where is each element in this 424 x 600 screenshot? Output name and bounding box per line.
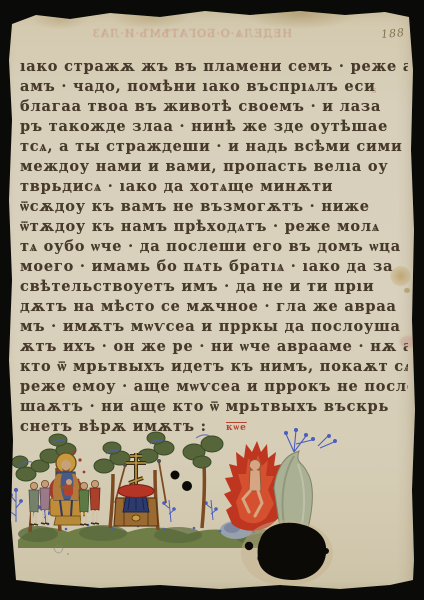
abraham-with-lazarus-enthroned [49, 453, 86, 525]
stain [414, 256, 424, 270]
text-line: ıако стражѫ жъ въ пламени семъ · реже ав… [20, 57, 408, 77]
text-line: дѫтъ на мѣсто се мѫчное · гла же авраа [20, 297, 408, 317]
manuscript-page: НЕДЕЛѦ·О·БОГАТѢМЪ·И·ЛАЗАРИ 188 ѕ ıако ст… [0, 0, 424, 600]
rock [274, 429, 336, 529]
text-line: шаѫтъ · ни аще кто ѿ мрьтвыхъ въскрь [20, 397, 408, 417]
text-line: амъ · чадо, помѣни ıако въспрıѧлъ еси [20, 77, 408, 97]
text-line: тврьдисѧ · ıако да хотѧще минѫти [20, 177, 408, 197]
ink-blot [241, 520, 333, 586]
text-line: реже емоу · аще мѡѵсеа и пррокъ не посло… [20, 377, 408, 397]
text-block: ıако стражѫ жъ въ пламени семъ · реже ав… [20, 57, 408, 437]
folio-number: 188 [380, 26, 405, 41]
text-line: мъ · имѫтъ мѡѵсеа и прркы да послоуша [20, 317, 408, 337]
text-line: ръ такожде злаа · нинѣ же зде оутѣшае [20, 117, 408, 137]
stain [390, 266, 411, 286]
manuscript-photo: НЕДЕЛѦ·О·БОГАТѢМЪ·И·ЛАЗАРИ 188 ѕ ıако ст… [0, 0, 424, 600]
text-line: кто ѿ мрьтвыхъ идетъ къ нимъ, покаѫт сѧ [20, 357, 408, 377]
text-line: тѧ оубо ѡче · да послеши его въ домъ ѡца [20, 237, 408, 257]
text-line: ѫтъ ихъ · он же ре · ни ѡче аврааме · нѫ… [20, 337, 408, 357]
text-line: ѿтѫдоу къ намъ прѣходѧтъ · реже молѧ [20, 217, 408, 237]
miniature-illustration [8, 428, 408, 588]
text-line: моего · имамь бо пѧть братıѧ · ıако да з… [20, 257, 408, 277]
stain [400, 336, 416, 348]
text-line: благаа твоа въ животѣ своемъ · и лаза [20, 97, 408, 117]
stain [404, 288, 410, 293]
text-line: ѿсѫдоу къ вамъ не възмогѫтъ · ниже [20, 197, 408, 217]
text-line: тсѧ, а ты страждеши · и надь всѣми сими [20, 137, 408, 157]
showthrough-header: НЕДЕЛѦ·О·БОГАТѢМЪ·И·ЛАЗАРИ [92, 27, 292, 43]
text-line: свѣтельствоуетъ имъ · да не и ти прıи [20, 277, 408, 297]
ink-spots [171, 471, 193, 492]
text-line: междоу нами и вами, пропасть велıа оу [20, 157, 408, 177]
rock-top-sprigs [285, 429, 337, 453]
